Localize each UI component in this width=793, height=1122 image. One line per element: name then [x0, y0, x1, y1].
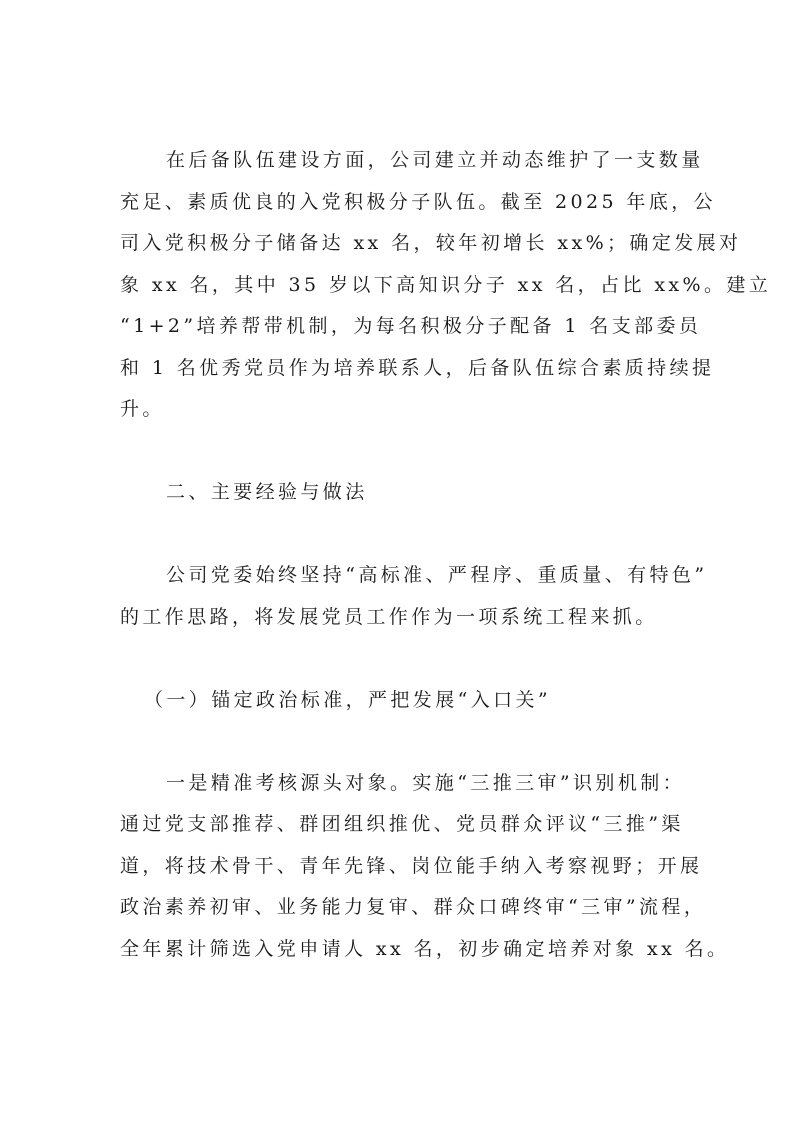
text-line: 和 1 名优秀党员作为培养联系人，后备队伍综合素质持续提: [120, 348, 676, 390]
subsection-heading: （一）锚定政治标准，严把发展“入口关”: [120, 680, 676, 722]
document-body: 在后备队伍建设方面，公司建立并动态维护了一支数量 充足、素质优良的入党积极分子队…: [120, 140, 676, 970]
text-line: 充足、素质优良的入党积极分子队伍。截至 2025 年底，公: [120, 182, 676, 224]
text-line: 全年累计筛选入党申请人 xx 名，初步确定培养对象 xx 名。: [120, 929, 676, 971]
text-line: 一是精准考核源头对象。实施“三推三审”识别机制：: [120, 763, 676, 805]
text-line: 在后备队伍建设方面，公司建立并动态维护了一支数量: [120, 140, 676, 182]
text-line: 象 xx 名，其中 35 岁以下高知识分子 xx 名，占比 xx%。建立: [120, 265, 676, 307]
paragraph-gap: [120, 721, 676, 763]
text-line: 升。: [120, 389, 676, 431]
text-line: “1+2”培养帮带机制，为每名积极分子配备 1 名支部委员: [120, 306, 676, 348]
document-page: 在后备队伍建设方面，公司建立并动态维护了一支数量 充足、素质优良的入党积极分子队…: [0, 0, 793, 1122]
text-line: 政治素养初审、业务能力复审、群众口碑终审“三审”流程，: [120, 887, 676, 929]
paragraph-gap: [120, 431, 676, 473]
paragraph-gap: [120, 638, 676, 680]
paragraph-gap: [120, 514, 676, 556]
text-line: 通过党支部推荐、群团组织推优、党员群众评议“三推”渠: [120, 804, 676, 846]
text-line: 的工作思路，将发展党员工作作为一项系统工程来抓。: [120, 597, 676, 639]
text-line: 公司党委始终坚持“高标准、严程序、重质量、有特色”: [120, 555, 676, 597]
text-line: 道，将技术骨干、青年先锋、岗位能手纳入考察视野；开展: [120, 846, 676, 888]
paragraph-reserve-team: 在后备队伍建设方面，公司建立并动态维护了一支数量 充足、素质优良的入党积极分子队…: [120, 140, 676, 431]
text-line: 司入党积极分子储备达 xx 名，较年初增长 xx%；确定发展对: [120, 223, 676, 265]
paragraph-work-approach: 公司党委始终坚持“高标准、严程序、重质量、有特色” 的工作思路，将发展党员工作作…: [120, 555, 676, 638]
paragraph-source-assessment: 一是精准考核源头对象。实施“三推三审”识别机制： 通过党支部推荐、群团组织推优、…: [120, 763, 676, 971]
section-heading: 二、主要经验与做法: [120, 472, 676, 514]
